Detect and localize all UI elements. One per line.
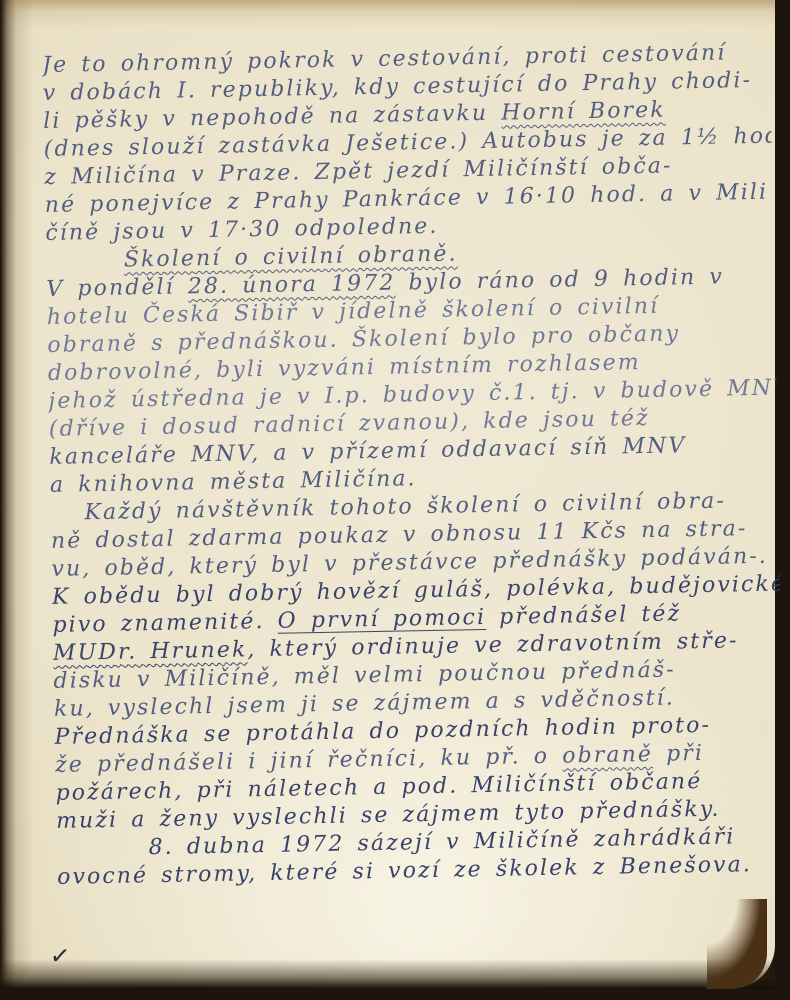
text-segment: při	[653, 741, 704, 767]
underlined-phrase: Školení o civilní obraně.	[124, 241, 458, 272]
underlined-phrase: O první pomoci	[277, 605, 486, 634]
text-segment: a knihovna města Miličína.	[50, 466, 417, 498]
page-bottom-shadow	[0, 959, 775, 989]
underlined-phrase: obraně	[562, 742, 653, 769]
page-top-shadow	[0, 0, 775, 28]
text-segment: přednášel též	[486, 601, 682, 630]
underlined-phrase: Horní Borek	[501, 98, 666, 126]
underlined-phrase: 28. února 1972	[188, 271, 396, 300]
underlined-phrase: MUDr. Hrunek	[53, 637, 248, 666]
chronicle-photo: Je to ohromný pokrok v cestování, proti …	[0, 0, 790, 1000]
manuscript-text: Je to ohromný pokrok v cestování, proti …	[42, 39, 786, 932]
check-mark: ✓	[49, 941, 72, 971]
text-segment: V pondělí	[46, 274, 188, 302]
page-left-shadow	[0, 0, 34, 989]
text-segment: pivo znamenité.	[52, 609, 278, 638]
text-segment: bylo ráno od 9 hodin v	[395, 265, 724, 296]
